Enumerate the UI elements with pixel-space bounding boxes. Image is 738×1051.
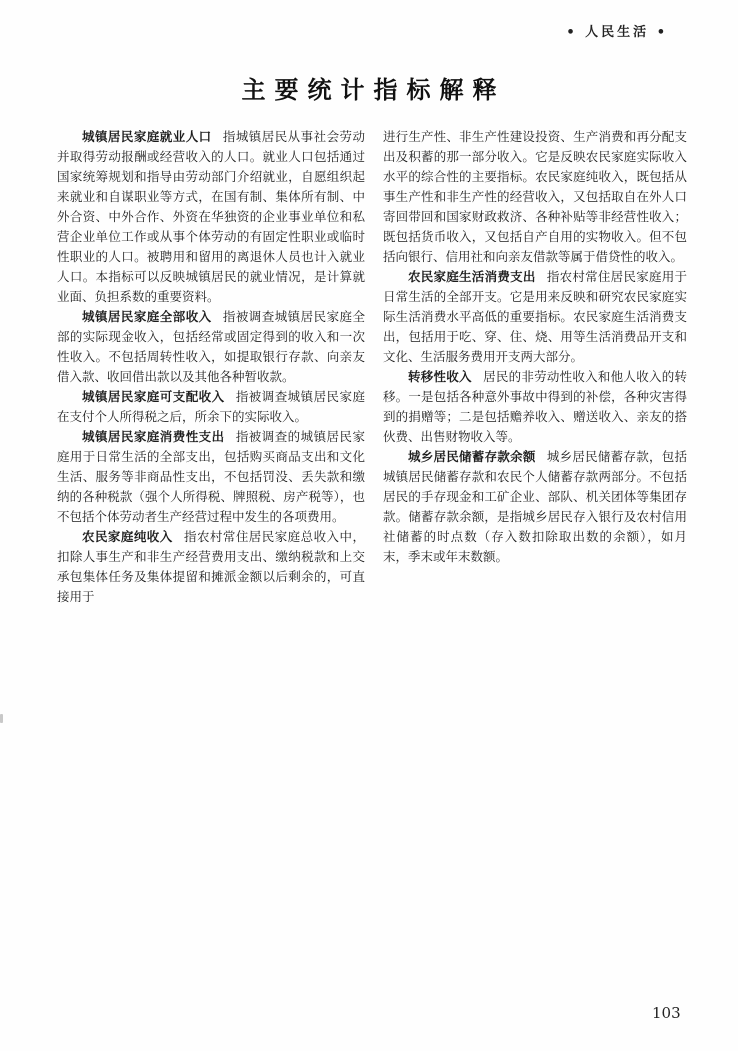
paragraph: 城乡居民储蓄存款余额城乡居民储蓄存款，包括城镇居民储蓄存款和农民个人储蓄存款两部… [383, 447, 687, 567]
scanned-document-page: • 人民生活 • 主要统计指标解释 城镇居民家庭就业人口指城镇居民从事社会劳动并… [0, 0, 738, 1051]
paragraph-continuation: 进行生产性、非生产性建设投资、生产消费和再分配支出及积蓄的那一部分收入。它是反映… [383, 127, 687, 267]
paragraph-lead: 城镇居民家庭可支配收入 [82, 389, 225, 404]
right-column: 进行生产性、非生产性建设投资、生产消费和再分配支出及积蓄的那一部分收入。它是反映… [383, 127, 687, 607]
page-number: 103 [652, 1004, 681, 1022]
paragraph-text: 指城镇居民从事社会劳动并取得劳动报酬或经营收入的人口。就业人口包括通过国家统筹规… [57, 129, 365, 304]
paragraph-lead: 城乡居民储蓄存款余额 [408, 449, 536, 464]
paragraph: 城镇居民家庭消费性支出指被调查的城镇居民家庭用于日常生活的全部支出，包括购买商品… [57, 427, 365, 527]
two-column-text-block: 城镇居民家庭就业人口指城镇居民从事社会劳动并取得劳动报酬或经营收入的人口。就业人… [57, 127, 687, 607]
paragraph-lead: 城镇居民家庭就业人口 [82, 129, 212, 144]
left-column: 城镇居民家庭就业人口指城镇居民从事社会劳动并取得劳动报酬或经营收入的人口。就业人… [57, 127, 365, 607]
section-header: • 人民生活 • [566, 21, 668, 40]
paragraph-text: 城乡居民储蓄存款，包括城镇居民储蓄存款和农民个人储蓄存款两部分。不包括居民的手存… [383, 449, 687, 564]
paragraph: 转移性收入居民的非劳动性收入和他人收入的转移。一是包括各种意外事故中得到的补偿，… [383, 367, 687, 447]
paragraph-lead: 城镇居民家庭消费性支出 [82, 429, 225, 444]
page-title: 主要统计指标解释 [0, 70, 738, 105]
paragraph-lead: 转移性收入 [408, 369, 472, 384]
paragraph-lead: 农民家庭生活消费支出 [408, 269, 536, 284]
paragraph: 农民家庭生活消费支出指农村常住居民家庭用于日常生活的全部开支。它是用来反映和研究… [383, 267, 687, 367]
paragraph-text: 进行生产性、非生产性建设投资、生产消费和再分配支出及积蓄的那一部分收入。它是反映… [383, 129, 687, 264]
paragraph-lead: 城镇居民家庭全部收入 [82, 309, 212, 324]
paragraph-lead: 农民家庭纯收入 [82, 529, 173, 544]
scan-artifact-mark [0, 714, 3, 723]
paragraph: 城镇居民家庭就业人口指城镇居民从事社会劳动并取得劳动报酬或经营收入的人口。就业人… [57, 127, 365, 307]
paragraph: 农民家庭纯收入指农村常住居民家庭总收入中，扣除人事生产和非生产经营费用支出、缴纳… [57, 527, 365, 607]
paragraph: 城镇居民家庭全部收入指被调查城镇居民家庭全部的实际现金收入，包括经常或固定得到的… [57, 307, 365, 387]
paragraph: 城镇居民家庭可支配收入指被调查城镇居民家庭在支付个人所得税之后，所余下的实际收入… [57, 387, 365, 427]
